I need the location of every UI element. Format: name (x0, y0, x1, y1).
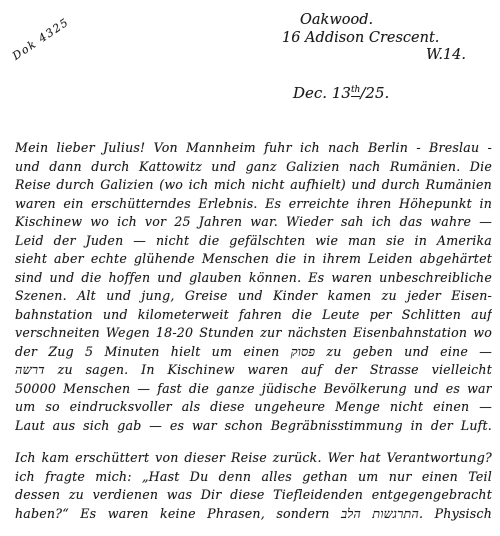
handwritten-line: Leid der Juden — nicht die gefälschten w… (15, 232, 492, 251)
letter-date-year: /25. (360, 84, 389, 102)
handwritten-line: 50000 Menschen — fast die ganze jüdische… (15, 380, 492, 399)
handwritten-line: דרשה zu sagen. In Kischinew waren auf de… (15, 361, 492, 380)
handwritten-line: verschneiten Wegen 18-20 Stunden zur näc… (15, 324, 492, 343)
letterhead: Oakwood. 16 Addison Crescent. W.14. (258, 12, 492, 65)
handwritten-line: um so eindrucksvoller als diese ungeheur… (15, 398, 492, 417)
handwritten-line: der Zug 5 Minuten hielt um einen פסוק zu… (15, 343, 492, 362)
letter-body-paragraph-1: Mein lieber Julius! Von Mannheim fuhr ic… (15, 139, 492, 435)
letter-date: Dec. 13th/25. (293, 84, 389, 102)
handwritten-line: und dann durch Kattowitz und ganz Galizi… (15, 158, 492, 177)
scanned-letter-page: Dok 4325 Oakwood. 16 Addison Crescent. W… (0, 0, 500, 536)
letter-date-day: Dec. 13 (293, 84, 351, 102)
letterhead-house-name: Oakwood. (258, 12, 492, 30)
handwritten-line: dessen zu verdienen was Dir diese Tiefle… (15, 486, 492, 505)
letter-body-paragraph-2: Ich kam erschüttert von dieser Reise zur… (15, 449, 492, 523)
handwritten-line: bahnstation und kilometerweit fahren die… (15, 306, 492, 325)
letterhead-postal-district: W.14. (258, 47, 492, 65)
archive-number-note: Dok 4325 (10, 15, 72, 62)
handwritten-line: Laut aus sich gab — es war schon Begräbn… (15, 417, 492, 436)
letter-date-ordinal: th (351, 85, 360, 97)
handwritten-line: Ich kam erschüttert von dieser Reise zur… (15, 449, 492, 468)
handwritten-line: Mein lieber Julius! Von Mannheim fuhr ic… (15, 139, 492, 158)
handwritten-line: Kischinew wo ich vor 25 Jahren war. Wied… (15, 213, 492, 232)
handwritten-line: sind und die hoffen und glauben können. … (15, 269, 492, 288)
handwritten-line: ich fragte mich: „Hast Du denn alles get… (15, 468, 492, 487)
handwritten-line: sieht aber echte glühende Menschen die i… (15, 250, 492, 269)
letterhead-street: 16 Addison Crescent. (258, 30, 492, 48)
handwritten-line: Szenen. Alt und jung, Greise und Kinder … (15, 287, 492, 306)
handwritten-line: Reise durch Galizien (wo ich mich nicht … (15, 176, 492, 195)
handwritten-line: haben?“ Es waren keine Phrasen, sondern … (15, 505, 492, 524)
handwritten-line: waren ein erschütterndes Erlebnis. Es er… (15, 195, 492, 214)
